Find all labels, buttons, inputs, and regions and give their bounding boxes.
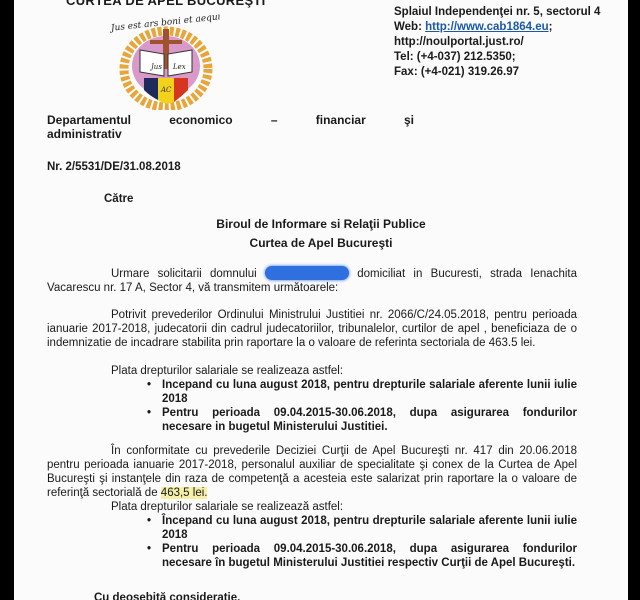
list-item: Pentru perioada 09.04.2015-30.06.2018, d… [144,542,577,570]
to-label: Către [104,193,133,205]
paragraph-judges: Potrivit prevederilor Ordinului Ministru… [47,308,577,350]
payment-label-1: Plata drepturilor salariale se realizeaz… [111,364,343,378]
reference-number: Nr. 2/5531/DE/31.08.2018 [47,161,181,173]
phone-line: Tel: (+4-037) 212.5350; [394,50,600,65]
svg-text:Jus: Jus [149,63,162,71]
portal-link[interactable]: http://noulportal.just.ro/ [394,35,600,50]
paragraph-auxiliary-staff: În conformitate cu prevederile Deciziei … [47,444,577,500]
closing-salutation: Cu deosebită consideraţie, [94,592,240,600]
scanned-letter-page: CURTEA DE APEL BUCUREŞTI Jus est ars bon… [14,0,628,600]
fax-line: Fax: (+4-021) 319.26.97 [394,65,600,80]
recipient-office: Biroul de Informare si Relaţii Publice [14,217,628,231]
payment-list-2: Începand cu luna august 2018, pentru dre… [144,514,577,570]
payment-label-2: Plata drepturilor salariale se realizeaz… [111,500,343,514]
recipient-institution: Curtea de Apel Bucureşti [14,236,628,250]
intro-paragraph: Urmare solicitarii domnului domiciliat i… [47,266,577,295]
list-item: Pentru perioada 09.04.2015-30.06.2018, d… [144,406,577,434]
department-name: Departamentul economico – financiar şi a… [47,113,414,141]
svg-text:AC: AC [160,86,172,94]
web-line: Web: http://www.cab1864.eu; [394,20,600,35]
address-line: Splaiul Independenţei nr. 5, sectorul 4 [394,5,600,20]
court-emblem-icon: Jus est ars boni et aequi Jus Lex AC [106,14,226,110]
web-link[interactable]: http://www.cab1864.eu [425,21,549,33]
payment-list-1: Incepand cu luna august 2018, pentru dre… [144,378,577,434]
contact-block: Splaiul Independenţei nr. 5, sectorul 4 … [394,5,600,80]
highlighted-value: 463,5 lei. [161,487,208,499]
list-item: Începand cu luna august 2018, pentru dre… [144,514,577,542]
svg-text:Lex: Lex [172,63,186,71]
list-item: Incepand cu luna august 2018, pentru dre… [144,378,577,406]
court-name-heading: CURTEA DE APEL BUCUREŞTI [66,0,266,8]
redacted-name [265,266,349,280]
